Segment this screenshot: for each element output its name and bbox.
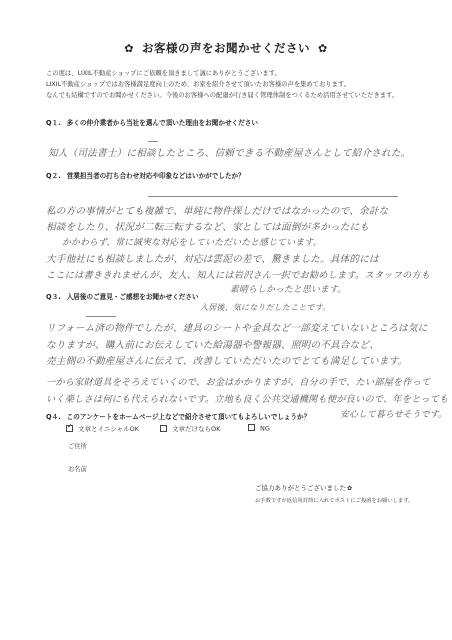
option-label: 文章とイニシャルOK [78, 425, 139, 433]
answer-q3-line-2: リフォーム済の物件でしたが、建具のシートや金具など一部変えていないところは気に [46, 320, 427, 334]
answer-q3-line-4: 売主側の不動産屋さんに伝えて、改善していただいたのでとても満足しています。 [46, 353, 407, 367]
thanks-text: ご協力ありがとうございました [255, 484, 346, 492]
checkbox-checked-icon[interactable] [66, 425, 73, 432]
answer-q3-line-3: なりますが、購入前にお伝えしていた給湯器や警報器、照明の不具合など、 [46, 337, 379, 351]
thanks-message: ご協力ありがとうございました✿ [255, 483, 352, 492]
answer-q2-line-1: 私の方の事情がとても複雑で、単純に物件探しだけではなかったので、余計な [46, 203, 388, 217]
answer-q2-line-6: 素晴らしかったと思います。 [230, 282, 346, 295]
intro-line-2: LIXIL不動産ショップではお客様満足度向上のため、お家を紹介させて頂いたお客様… [46, 79, 350, 88]
answer-q2-line-2: 相談をしたり、状況が二転三転するなど、家としては面倒が多かったにも [46, 219, 369, 233]
answer-q3-line-5: 一から家財道具をそろえていくので、お金はかかりますが、自分の手で、たい部屋を作っ… [46, 374, 431, 388]
answer-q2-line-3: かかわらず、常に誠実な対応をしていただいたと感じています。 [62, 235, 322, 248]
option-ng[interactable]: NG [248, 424, 270, 433]
flower-icon: ✿ [347, 485, 352, 492]
checkbox-icon[interactable] [160, 425, 167, 432]
return-note: お手数ですが返信用封筒に入れてポストにご投函をお願いします。 [255, 496, 414, 504]
answer-q2-line-4: 大手他社にも相談しましたが、対応は雲泥の差で、驚きました。具体的には [46, 251, 379, 265]
name-label: お名前 [68, 464, 87, 473]
question-text: 入居後のご意見・ご感想をお聞かせください [67, 293, 199, 301]
question-text: 営業担当者の打ち合わせ対応や印象などはいかがでしたか？ [67, 172, 245, 180]
intro-line-1: この度は、LIXIL不動産ショップにご依頼を頂きまして誠にありがとうございます。 [46, 68, 281, 77]
question-2: Q２.営業担当者の打ち合わせ対応や印象などはいかがでしたか？ [46, 170, 245, 180]
question-text: 多くの仲介業者から当社を選んで頂いた理由をお聞かせください [67, 119, 258, 127]
question-number: Q４. [46, 413, 61, 421]
option-text-and-initials[interactable]: 文章とイニシャルOK [66, 424, 139, 433]
divider [148, 196, 398, 197]
question-number: Q２. [46, 172, 61, 180]
intro-line-3: なんでも結構ですのでお聞かせください。今後のお客様への配慮が行き届く管理体制をつ… [46, 90, 398, 99]
divider [86, 316, 116, 317]
address-label: ご住所 [68, 441, 87, 450]
option-label: NG [260, 425, 270, 433]
page-title: ✿お客様の声をお聞かせください✿ [0, 40, 452, 56]
question-4: Q４.このアンケートをホームページ上などで紹介させて頂いてもよろしいでしょうか？ [46, 411, 310, 421]
answer-q3-line-7: 安心して暮らせそうです。 [340, 407, 447, 420]
page-title-text: お客様の声をお聞かせください [142, 41, 310, 55]
question-number: Q１. [46, 119, 61, 127]
flower-icon: ✿ [318, 42, 328, 55]
answer-q3-line-6: いく楽しさは何にも代えられないです。立地も良く公共交通機関も便が良いので、年をと… [46, 391, 449, 405]
divider [148, 141, 158, 142]
answer-q3-line-1: 入居後、気になりだしたことです。 [200, 302, 331, 313]
question-number: Q３. [46, 293, 61, 301]
flower-icon: ✿ [124, 42, 134, 55]
option-text-only[interactable]: 文章だけならOK [160, 424, 220, 433]
question-3: Q３.入居後のご意見・ご感想をお聞かせください [46, 291, 199, 301]
question-1: Q１.多くの仲介業者から当社を選んで頂いた理由をお聞かせください [46, 117, 258, 127]
answer-q2-line-5: ここには書ききれませんが、友人、知人には岩沢さん一択でお勧めします。スタッフの方… [46, 267, 430, 281]
option-label: 文章だけならOK [172, 425, 220, 433]
answer-q1-line-1: 知人（司法書士）に相談したところ、信頼できる不動産屋さんとして紹介された。 [48, 145, 410, 159]
checkbox-icon[interactable] [248, 424, 255, 431]
question-text: このアンケートをホームページ上などで紹介させて頂いてもよろしいでしょうか？ [67, 413, 310, 421]
